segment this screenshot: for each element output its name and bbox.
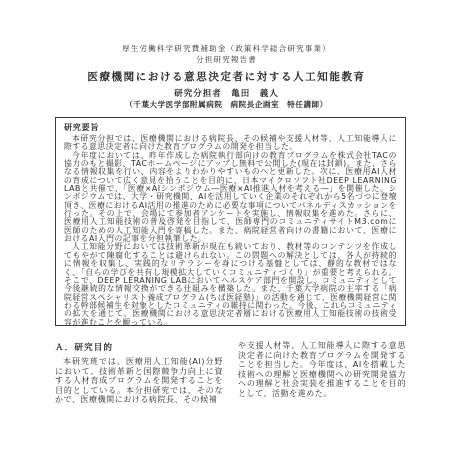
body-column-right: や支援人材等、人工知能導入に際する意思決定者に向けた教育プログラムを開発すること…: [238, 341, 406, 399]
section-a-heading: Ａ．研究目的: [55, 341, 223, 353]
section-a-right-text: や支援人材等、人工知能導入に際する意思決定者に向けた教育プログラムを開発すること…: [238, 341, 406, 399]
body-column-left: Ａ．研究目的 本研究班では、医療用人工知能(AI)分野において、技術革新と国際競…: [55, 341, 223, 405]
affiliation-line: （千葉大学医学部附属病院 病院長企画室 特任講師）: [0, 99, 453, 110]
report-type-line: 分担研究報告書: [0, 54, 453, 65]
abstract-paragraph-3: 人工知能分野においては技術革新が現在も続いており、教材等のコンテンツを作成しても…: [64, 243, 397, 326]
abstract-paragraph-1: 本研究分担では、医療機関における病院長、その候補や支援人材等、人工知能導入に際す…: [64, 135, 397, 152]
report-page: 厚生労働科学研究費補助金（政策科学総合研究事業） 分担研究報告書 医療機関におけ…: [0, 0, 453, 453]
report-title: 医療機関における意思決定者に対する人工知能教育: [0, 69, 453, 84]
researcher-line: 研究分担者 亀田 義人: [0, 87, 453, 99]
abstract-heading: 研究要旨: [64, 122, 397, 133]
abstract-paragraph-2: 今年度においては、昨年作成した病院執行部向けの教育プログラムを株式会社TACの協…: [64, 152, 397, 244]
grant-program-line: 厚生労働科学研究費補助金（政策科学総合研究事業）: [0, 43, 453, 54]
abstract-box: 研究要旨 本研究分担では、医療機関における病院長、その候補や支援人材等、人工知能…: [55, 117, 406, 326]
section-a-left-text: 本研究班では、医療用人工知能(AI)分野において、技術革新と国際競争力向上に資す…: [55, 357, 223, 405]
